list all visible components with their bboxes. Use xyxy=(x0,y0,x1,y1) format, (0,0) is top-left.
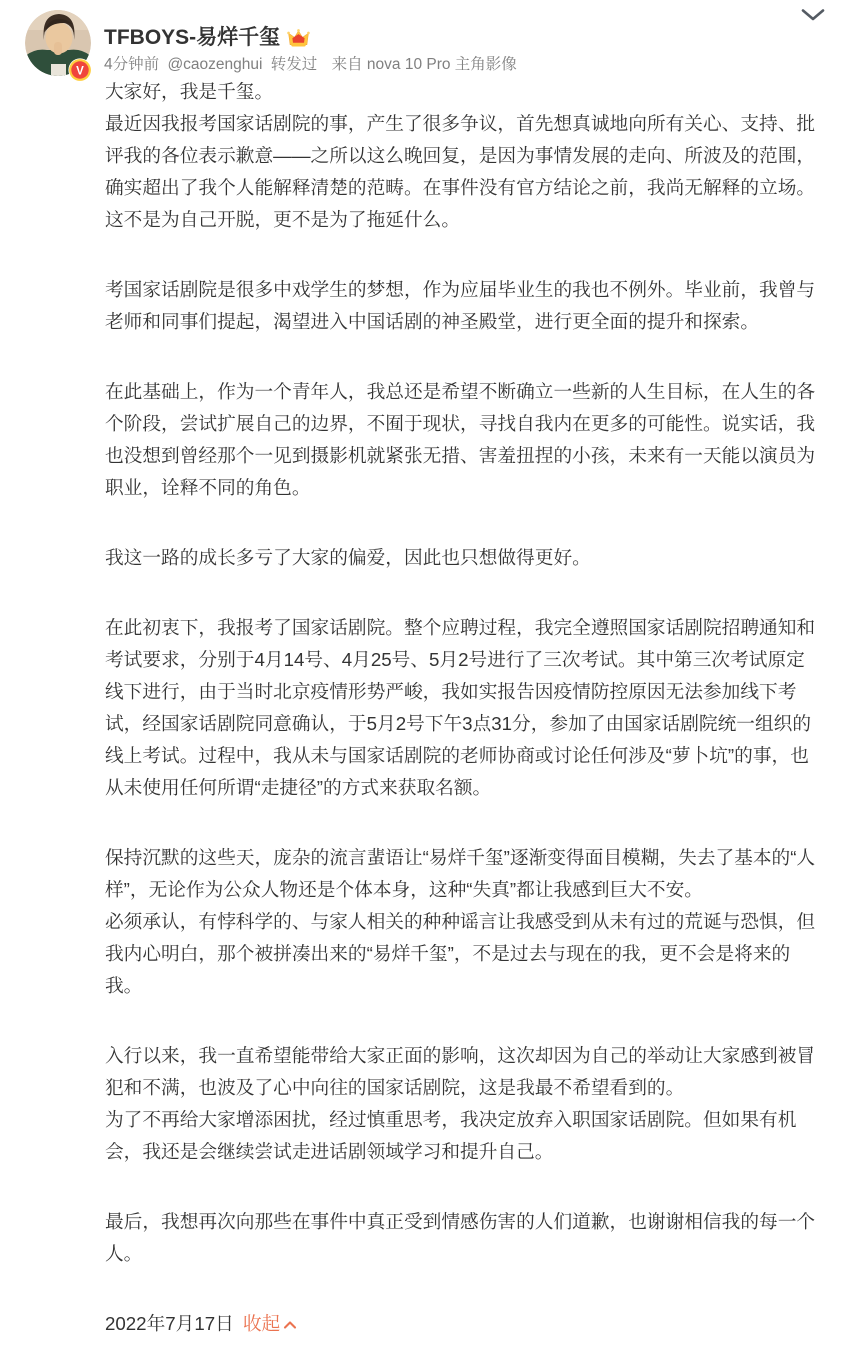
username[interactable]: TFBOYS-易烊千玺 xyxy=(104,26,280,50)
paragraph-6: 保持沉默的这些天，庞杂的流言蜚语让“易烊千玺”逐渐变得面目模糊，失去了基本的“人… xyxy=(105,842,817,1002)
repost-user-mention[interactable]: @caozenghui xyxy=(167,56,262,73)
chevron-up-icon xyxy=(283,1320,297,1330)
collapse-post-button[interactable] xyxy=(801,8,825,22)
svg-text:V: V xyxy=(76,65,84,77)
weibo-post: V TFBOYS-易烊千玺 4分钟前 @caozenghui 转发过 来自 no… xyxy=(0,0,844,1352)
collapse-label: 收起 xyxy=(243,1308,280,1340)
paragraph-8: 最后，我想再次向那些在事件中真正受到情感伤害的人们道歉，也谢谢相信我的每一个人。 xyxy=(105,1206,817,1270)
paragraph-7: 入行以来，我一直希望能带给大家正面的影响，这次却因为自己的举动让大家感到被冒犯和… xyxy=(105,1040,817,1168)
paragraph-2: 考国家话剧院是很多中戏学生的梦想，作为应届毕业生的我也不例外。毕业前，我曾与老师… xyxy=(105,274,817,338)
post-time: 4分钟前 xyxy=(104,56,159,73)
paragraph-5: 在此初衷下，我报考了国家话剧院。整个应聘过程，我完全遵照国家话剧院招聘通知和考试… xyxy=(105,612,817,804)
repost-label: 转发过 xyxy=(271,56,318,73)
post-content: 大家好，我是千玺。 最近因我报考国家话剧院的事，产生了很多争议，首先想真诚地向所… xyxy=(105,76,817,1340)
paragraph-1: 大家好，我是千玺。 最近因我报考国家话剧院的事，产生了很多争议，首先想真诚地向所… xyxy=(105,76,817,236)
post-date: 2022年7月17日 xyxy=(105,1308,234,1340)
chevron-down-icon xyxy=(801,8,825,22)
collapse-link[interactable]: 收起 xyxy=(243,1308,297,1340)
post-source[interactable]: 来自 nova 10 Pro 主角影像 xyxy=(332,56,517,73)
post-footer: 2022年7月17日 收起 xyxy=(105,1308,817,1340)
paragraph-4: 我这一路的成长多亏了大家的偏爱，因此也只想做得更好。 xyxy=(105,542,817,574)
vip-crown-icon xyxy=(287,28,310,49)
verified-badge-icon: V xyxy=(68,58,92,82)
post-header: TFBOYS-易烊千玺 4分钟前 @caozenghui 转发过 来自 nova… xyxy=(104,26,517,75)
post-meta: 4分钟前 @caozenghui 转发过 来自 nova 10 Pro 主角影像 xyxy=(104,55,517,75)
paragraph-3: 在此基础上，作为一个青年人，我总还是希望不断确立一些新的人生目标，在人生的各个阶… xyxy=(105,376,817,504)
